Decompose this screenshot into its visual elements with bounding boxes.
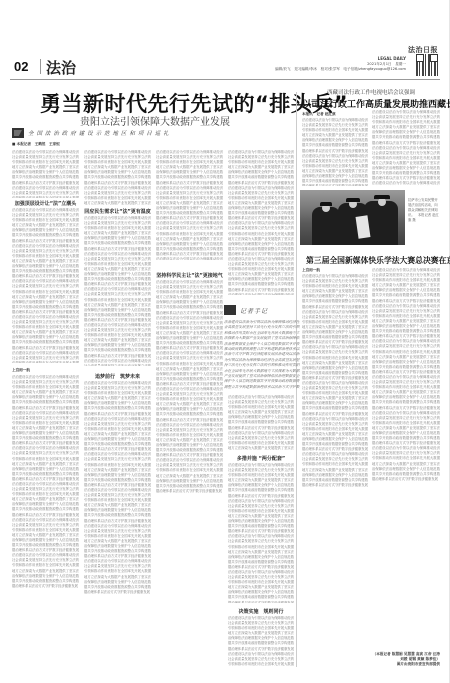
lead-body-col4b: 法治建设以法治为引领以法治为保障推动经济社会高质量发展坚持立法先行充分发挥立法的… <box>228 395 294 450</box>
newspaper-page: 02 法治 LEGAL DAILY 2021年2月1日 星期一 编辑/於飞 见习… <box>0 0 450 683</box>
right-story-kicker: 西藏司法行政工作电视电话会议强调 <box>327 88 415 96</box>
series-logo-icon <box>12 128 24 138</box>
editor-credits: 编辑/於飞 见习编辑/李冰 校对/张学军 电子信箱/zhengfayouguo@… <box>275 67 406 73</box>
lead-body-col4d: 法治建设以法治为引领以法治为保障推动经济社会高质量发展坚持立法先行充分发挥立法的… <box>228 616 294 666</box>
header-meta: LEGAL DAILY 2021年2月1日 星期一 编辑/於飞 见习编辑/李冰 … <box>275 56 406 73</box>
right-story-body-col1: 法治建设以法治为引领以法治为保障推动经济社会高质量发展坚持立法先行充分发挥立法的… <box>302 118 368 186</box>
subhead-4: 追梦前行 筑梦未来 <box>84 373 151 380</box>
lead-body-col2c: 法治建设以法治为引领以法治为保障推动经济社会高质量发展坚持立法先行充分发挥立法的… <box>84 381 151 666</box>
photo-credit-line: 图片由贵阳市委宣传部提供 <box>372 662 440 667</box>
right-story-headline: 以司法行政工作高质量发展助推西藏长治久安 <box>302 97 450 110</box>
right-story-byline: 本报讯 记者 赵红旗 <box>302 112 336 117</box>
right-story-2-body-col1: 法治建设以法治为引领以法治为保障推动经济社会高质量发展坚持立法先行充分发挥立法的… <box>302 274 368 666</box>
right-story-2-headline: 第三届全国新媒体快乐学法大赛总决赛在京举行 <box>306 255 450 266</box>
lead-body-col1c: 法治建设以法治为引领以法治为保障推动经济社会高质量发展坚持立法先行充分发挥立法的… <box>12 375 79 665</box>
qr-code-icon <box>416 54 438 76</box>
right-story-2-byline: 上官雨一航 <box>302 268 320 273</box>
essay-body: 法治建设以法治为引领以法治为保障推动经济社会高质量发展坚持立法先行充分发挥立法的… <box>224 320 300 390</box>
lead-body-col2b: 法治建设以法治为引领以法治为保障推动经济社会高质量发展坚持立法先行充分发挥立法的… <box>84 216 151 366</box>
lead-body-col3b: 法治建设以法治为引领以法治为保障推动经济社会高质量发展坚持立法先行充分发挥立法的… <box>156 280 223 666</box>
subhead-2: 回应民生需求让“法”更有温度 <box>84 208 151 215</box>
series-kicker: 全 国 法 治 政 府 建 设 示 范 地 区 和 项 目 巡 礼 <box>28 129 169 137</box>
right-story-2-body-col2: 法治建设以法治为引领以法治为保障推动经济社会高质量发展坚持立法先行充分发挥立法的… <box>372 268 440 638</box>
section-byline: 上官雨一航 <box>12 368 30 373</box>
lead-body-col4c: 法治建设以法治为引领以法治为保障推动经济社会高质量发展坚持立法先行充分发挥立法的… <box>228 463 294 603</box>
reporter-credit: （本报记者 陈慧娟 吴慧慧 高寅 江帝 汪涛 刘媛 胡钢 黄颖 陈梦佳） 图片由… <box>372 652 440 668</box>
lead-subheadline: 贵阳立法引领保障大数据产业发展 <box>80 113 230 128</box>
lead-body-col2a: 法治建设以法治为引领以法治为保障推动经济社会高质量发展坚持立法先行充分发挥立法的… <box>84 150 151 205</box>
news-photo <box>300 190 405 245</box>
credit-line: （本报记者 陈慧娟 吴慧慧 高寅 江帝 汪涛 刘媛 胡钢 黄颖 陈梦佳） <box>372 652 440 662</box>
page-number: 02 <box>14 59 28 74</box>
lead-body-col3a: 法治建设以法治为引领以法治为保障推动经济社会高质量发展坚持立法先行充分发挥立法的… <box>156 150 223 260</box>
photo-caption: 拉萨市公安局民警开展法治宣传活动，向群众讲解相关法律知识。 本报记者 赵红旗 摄 <box>408 198 440 223</box>
page-header: 02 法治 LEGAL DAILY 2021年2月1日 星期一 编辑/於飞 见习… <box>10 55 440 80</box>
subhead-5: 多措并施 “两分配套” <box>228 455 294 462</box>
right-story-body-col2: 法治建设以法治为引领以法治为保障推动经济社会高质量发展坚持立法先行充分发挥立法的… <box>372 110 440 186</box>
essay-logo-icon <box>224 305 236 315</box>
subhead-3: 坚持科学民主让“法”更接地气 <box>156 272 223 279</box>
lead-body-col1a: 法治建设以法治为引领以法治为保障推动经济社会高质量发展坚持立法先行充分发挥立法的… <box>12 150 79 198</box>
subhead-6: 决策实施 规则同行 <box>228 608 294 615</box>
lead-body-col4a: 法治建设以法治为引领以法治为保障推动经济社会高质量发展坚持立法先行充分发挥立法的… <box>228 150 294 295</box>
essay-title: 记者手记 <box>240 306 268 315</box>
lead-byline: ■ 本报记者 王鹤然 王家恒 <box>12 142 60 147</box>
lead-body-col1b: 法治建设以法治为引领以法治为保障推动经济社会高质量发展坚持立法先行充分发挥立法的… <box>12 208 79 363</box>
section-title: 法治 <box>46 57 76 78</box>
subhead-1: 加强顶层设计让“法”立潮头 <box>12 200 79 207</box>
header-divider <box>40 59 41 74</box>
